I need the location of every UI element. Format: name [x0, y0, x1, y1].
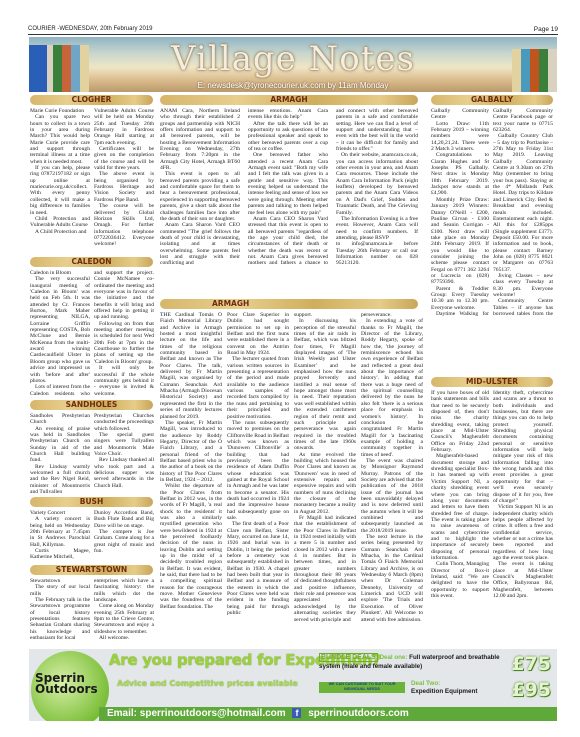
- sandholes-column-2: Presbyterian Churches conducted the proc…: [94, 413, 154, 493]
- bush-column-1: Variety Concert A variety concert is bei…: [30, 510, 90, 562]
- paragraph: Can you spare two hours to collect in a …: [30, 114, 90, 165]
- paragraph: A Child Protection and: [30, 229, 90, 235]
- deal-two-price: £95: [511, 679, 551, 701]
- deal-two: Deal Two: Expedition Equipment: [411, 680, 477, 696]
- paragraph: In extending a vote of thanks to Fr Magi…: [361, 318, 423, 458]
- paragraph: and support the project. Connie McNamee …: [94, 270, 154, 321]
- paragraph: On their website, anamcara.co.uk, you ca…: [336, 152, 418, 215]
- paragraph: Rev Lindsay thanked all who took part an…: [94, 457, 154, 489]
- armagh-2-column-1: THE Cardinal Tomás Ó Fiaich Memorial Lib…: [160, 312, 222, 645]
- paragraph: Presbyterian Churches conducted the proc…: [94, 413, 154, 432]
- paragraph: Following on from that meeting another m…: [94, 321, 154, 365]
- paragraph: Child Protection and Vulnerable Adults C…: [30, 216, 90, 229]
- paragraph: Fr Magill had indicated that the establi…: [294, 515, 356, 623]
- paragraph: Identity theft, cybercrime and scams are…: [493, 390, 553, 504]
- paragraph: The very successful inaugural meeting of…: [30, 276, 90, 384]
- sperrin-outdoors-logo: Sperrin Outdoors: [35, 673, 98, 695]
- paragraph: to info@anamcara.ie before Tuesday 26th …: [336, 241, 418, 266]
- paragraph: enterprises which have a fascinating his…: [94, 578, 154, 603]
- galbally-column-2: Galbally Community Centre Facebook page …: [493, 108, 553, 316]
- paragraph: The course will be delivered by Global H…: [94, 203, 154, 247]
- paragraph: Daytime Walking for Health Group: Weekly…: [431, 311, 489, 316]
- section-heading-galbally: GALBALLY: [431, 95, 553, 105]
- paragraph: The story of our local mills: [30, 584, 90, 597]
- section-heading-armagh-2: ARMAGH: [160, 299, 418, 309]
- paragraph: Rev Lindsay warmly welcomed a full churc…: [30, 464, 90, 493]
- mid-ulster-column-2: Identity theft, cybercrime and scams are…: [493, 390, 553, 645]
- stewartstown-column-2: enterprises which have a fascinating his…: [94, 578, 154, 644]
- deal-one: BUNDLE DEALS Deal one: Full waterproof a…: [319, 653, 501, 671]
- section-heading-mid-ulster: MID-ULSTER: [431, 377, 553, 387]
- armagh-column-3: and connect with other bereaved parents …: [336, 108, 418, 268]
- paragraph: Vulnerable Adults Course will be held on…: [94, 108, 154, 146]
- paragraph: Parent & Toddler Group: Every Tuesday 10…: [431, 286, 489, 311]
- paragraph: Certificates will be given on the comple…: [94, 146, 154, 171]
- paragraph: Victim Support NI is an independent char…: [493, 504, 553, 561]
- bundle-deals-tag: BUNDLE DEALS: [319, 653, 378, 662]
- galbally-column-1: Galbally Community Centre Lotto Draw: 11…: [431, 108, 489, 316]
- armagh-2-column-3: support. In discussing his perception of…: [294, 312, 356, 645]
- paragraph: Congratulations to Ciaran Hughes and St …: [431, 152, 489, 196]
- paragraph: Curtis Magee, Katherine Mitchell,: [30, 548, 90, 561]
- armagh-column-1: ANAM Cara, Northern Ireland who through …: [160, 108, 240, 268]
- paragraph: Lots of interest from the Caledon reside…: [30, 384, 90, 395]
- section-heading-stewartstown: STEWARTSTOWN: [30, 565, 153, 575]
- paragraph: Jiving Classes – new class every Tuesday…: [493, 273, 553, 298]
- paragraph: and connect with other bereaved parents …: [336, 108, 418, 152]
- customise-badge: WE CAN CUSTOMISE TO SUIT YOUR INDIVIDUAL…: [319, 682, 405, 693]
- paragraph: The first death of a Poor Clare nun Belf…: [227, 521, 289, 616]
- paragraph: Community Centre Tables – if anyone has …: [493, 298, 553, 316]
- section-heading-bush: BUSH: [30, 497, 153, 507]
- advert-website-link[interactable]: sperrinoutdoors.com: [308, 708, 409, 719]
- deal-one-price: £75: [511, 653, 551, 675]
- armagh-2-column-4: perseverance. In extending a vote of tha…: [361, 312, 423, 645]
- contact-bar: Email: sperrinoutdoors@hotmail.com f spe…: [99, 707, 557, 721]
- paragraph: The event is taking place at Mid-Ulster …: [493, 561, 553, 599]
- paragraph: After the talk there will be an opportun…: [248, 121, 328, 153]
- banner-email: E: newsdesk@tyronecourier.uk.com by 11am…: [29, 81, 557, 90]
- sperrin-outdoors-advert[interactable]: Sperrin Outdoors Are you prepared for Ex…: [29, 649, 557, 721]
- paragraph: This event is open to all bereaved paren…: [160, 171, 240, 222]
- paragraph: All welcome.: [94, 635, 154, 641]
- paragraph: The February talk in the Stewartstown pr…: [30, 597, 90, 641]
- paragraph: Lotto Draw: 11th February 2019 – winning…: [431, 121, 489, 153]
- paragraph: Magherafelt-based document storage and s…: [431, 453, 489, 561]
- paragraph: The nuns subsequently moved to premises …: [227, 420, 289, 522]
- paragraph: A variety concert is being held on Wedne…: [30, 516, 90, 548]
- paragraph: Galbally Country Club – 5 day trip to Po…: [493, 133, 553, 273]
- paragraph: The speaker, Fr Martin Magill, was intro…: [160, 420, 222, 483]
- caledon-column-1: Caledon in Bloom The very successful ina…: [30, 270, 90, 395]
- armagh-column-2: intense emotions. Anam Cara events like …: [248, 108, 328, 268]
- deal-two-text: Expedition Equipment: [411, 688, 477, 696]
- deal-two-label: Deal Two:: [411, 680, 477, 688]
- section-heading-clogher: CLOGHER: [30, 95, 153, 105]
- paragraph: The special guest singers were Tullyalle…: [94, 432, 154, 457]
- paragraph: The compere is Joe Graham. Come along fo…: [94, 529, 154, 554]
- paragraph: Sandholes Presbyterian Church: [30, 413, 90, 426]
- page-header: COURIER -WEDNESDAY, 20th February 2019 P…: [28, 22, 558, 35]
- paragraph: ANAM Cara, Northern Ireland who through …: [160, 108, 240, 171]
- sandholes-column-1: Sandholes Presbyterian Church An evening…: [30, 413, 90, 493]
- publication-date: COURIER -WEDNESDAY, 20th February 2019: [28, 26, 153, 32]
- paragraph: Colin Thom, Managing Director of Box-it …: [431, 561, 489, 599]
- paragraph: It will only be successful if the whole …: [94, 365, 154, 395]
- bush-column-2: Dunloy Accordion Band, Bush Flute Band a…: [94, 510, 154, 562]
- paragraph: THE Cardinal Tomás Ó Fiaich Memorial Lib…: [160, 312, 222, 420]
- section-heading-sandholes: SANDHOLES: [30, 400, 153, 410]
- paragraph: If you can help, please ring 07872197182…: [30, 165, 90, 216]
- paragraph: Poor Clare Superior in Dublin had sought…: [227, 312, 289, 356]
- paragraph: The lecturer quoted from various written…: [227, 356, 289, 419]
- paragraph: Galbally Community Centre: [431, 108, 489, 121]
- armagh-2-column-2: Poor Clare Superior in Dublin had sought…: [227, 312, 289, 645]
- page-number: Page 19: [534, 26, 558, 33]
- paragraph: Monthly Prize Draw: January 2019 Winners…: [431, 197, 489, 286]
- paragraph: An evening of praise was held in Sandhol…: [30, 426, 90, 464]
- advert-email-link[interactable]: Email: sperrinoutdoors@hotmail.com: [107, 708, 286, 719]
- paragraph: Galbally Community Centre Facebook page …: [493, 108, 553, 133]
- clogher-column-2: Vulnerable Adults Course will be held on…: [94, 108, 154, 253]
- paragraph: intense emotions. Anam Cara events like …: [248, 108, 328, 121]
- paragraph: Anam Cara CEO Sharon Vard stressed that …: [248, 216, 328, 268]
- clogher-column-1: Marie Curie Foundation Can you spare two…: [30, 108, 90, 253]
- caledon-column-2: and support the project. Connie McNamee …: [94, 270, 154, 395]
- paragraph: The event was chaired by Monsignor Raymo…: [361, 458, 423, 534]
- deal-one-label: Deal one:: [380, 654, 408, 661]
- brand-line-2: Outdoors: [35, 684, 98, 695]
- mid-ulster-column-1: If you have boxes of old bank statements…: [431, 390, 489, 645]
- facebook-icon[interactable]: f: [292, 708, 301, 718]
- paragraph: In discussing his perception of the stre…: [294, 318, 356, 451]
- paragraph: Whilst the departure of the Poor Clares …: [160, 483, 222, 610]
- section-heading-armagh: ARMAGH: [160, 95, 418, 105]
- section-heading-caledon: CALEDON: [30, 257, 153, 267]
- paragraph: As time evolved the building which house…: [294, 452, 356, 515]
- paragraph: Anam Cara Sharon Vard CEO commented "The…: [160, 222, 240, 266]
- paragraph: The above event is being organised by Fa…: [94, 171, 154, 203]
- paragraph: One bereaved father who attended a recen…: [248, 152, 328, 215]
- heading-text: ARMAGH: [212, 299, 249, 308]
- stewartstown-column-1: Stewartstown The story of our local mill…: [30, 578, 90, 644]
- paragraph: The next lecture in the series being pre…: [361, 534, 423, 623]
- village-notes-banner: Village Notes E: newsdesk@tyronecourier.…: [29, 37, 557, 92]
- paragraph: The Information Evening is a free event.…: [336, 216, 418, 241]
- banner-title: Village Notes: [29, 39, 557, 79]
- paragraph: Dunloy Accordion Band, Bush Flute Band a…: [94, 510, 154, 529]
- advert-subline: Advice and Competitive prices available: [117, 679, 298, 688]
- paragraph: If you have boxes of old bank statements…: [431, 390, 489, 453]
- paragraph: Come along on Monday evening 25th Februa…: [94, 603, 154, 635]
